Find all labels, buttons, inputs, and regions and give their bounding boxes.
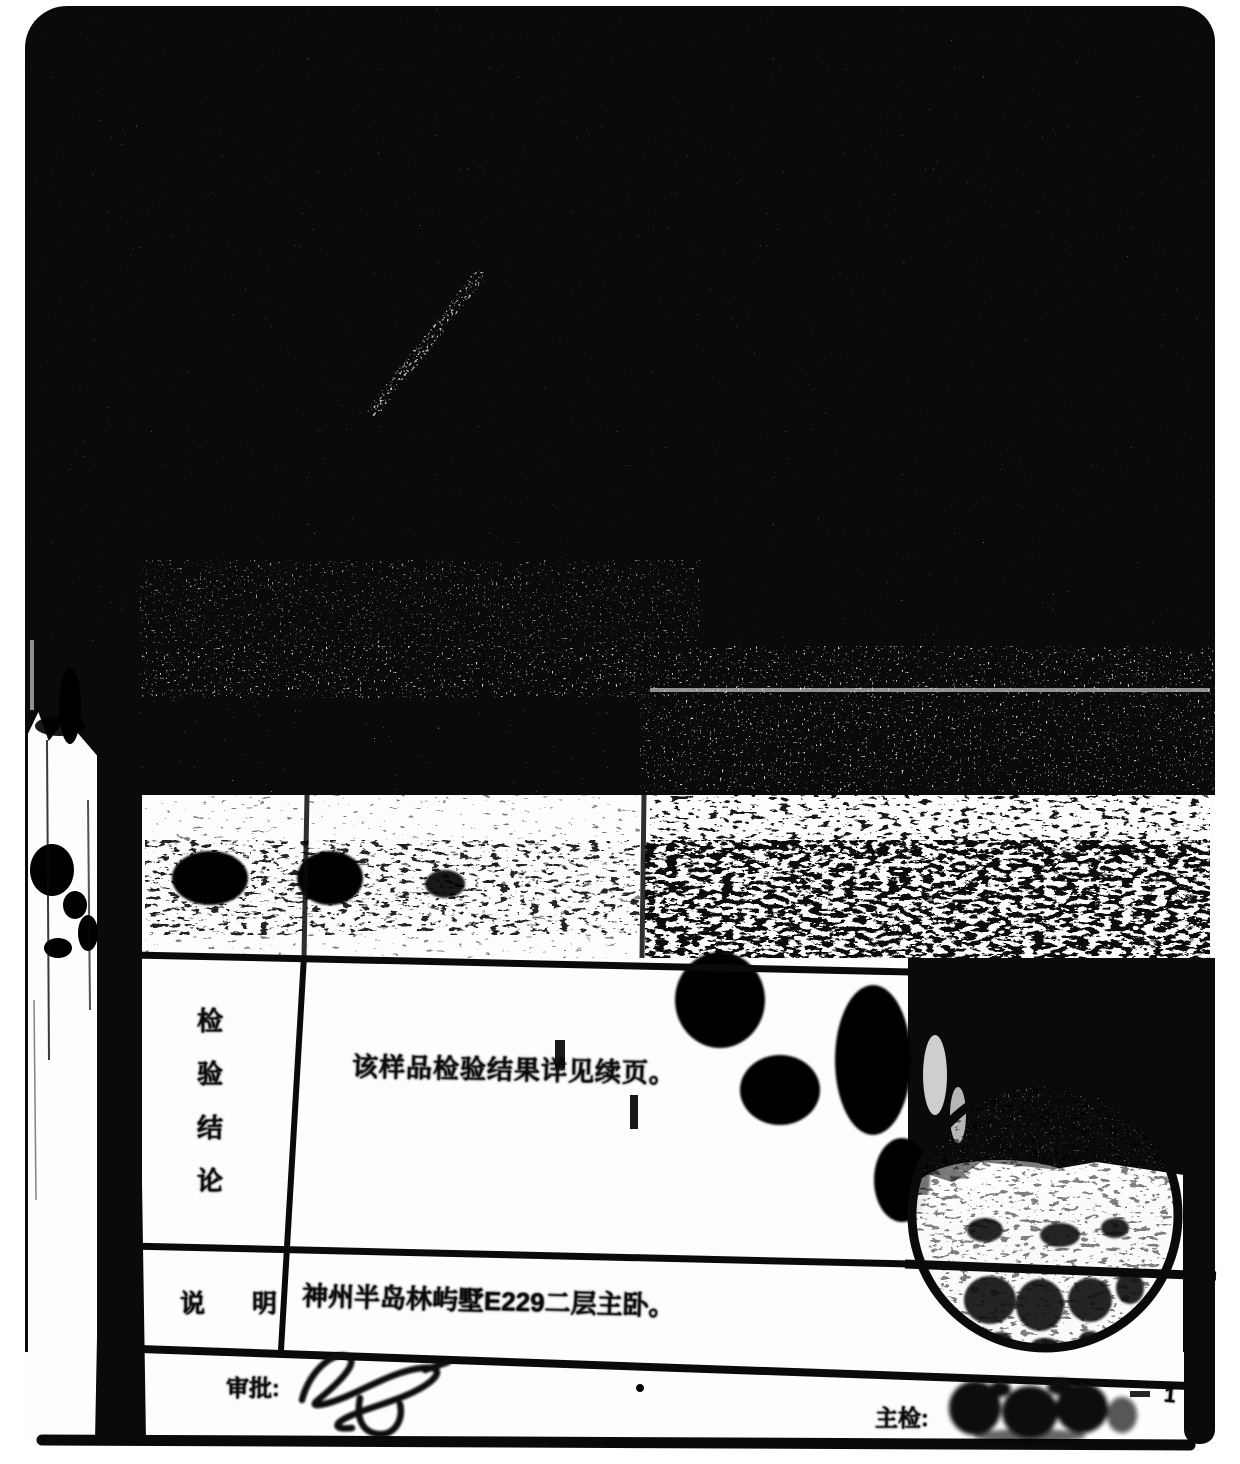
signature-row-area [142,1352,1186,1438]
chief-inspector-label: 主检: [875,1400,929,1433]
page-number: 1 [1163,1383,1177,1408]
conclusion-char-4: 论 [197,1168,229,1194]
left-paper-margin [28,712,97,1438]
conclusion-label-vertical: 检 验 结 论 [197,1008,229,1194]
conclusion-row-area [142,955,908,1252]
approval-label: 审批: [226,1370,280,1403]
conclusion-char-1: 检 [197,1008,229,1034]
scanned-inspection-report-page: 检 验 结 论 该样品检验结果详见续页。 说 明 神州半岛林屿墅E229二层主卧… [0,0,1240,1464]
note-label: 说 明 [180,1284,297,1320]
conclusion-text: 该样品检验结果详见续页。 [352,1047,677,1091]
conclusion-char-2: 验 [197,1061,229,1087]
smudged-table-band [142,795,1215,958]
conclusion-char-3: 结 [197,1115,229,1141]
